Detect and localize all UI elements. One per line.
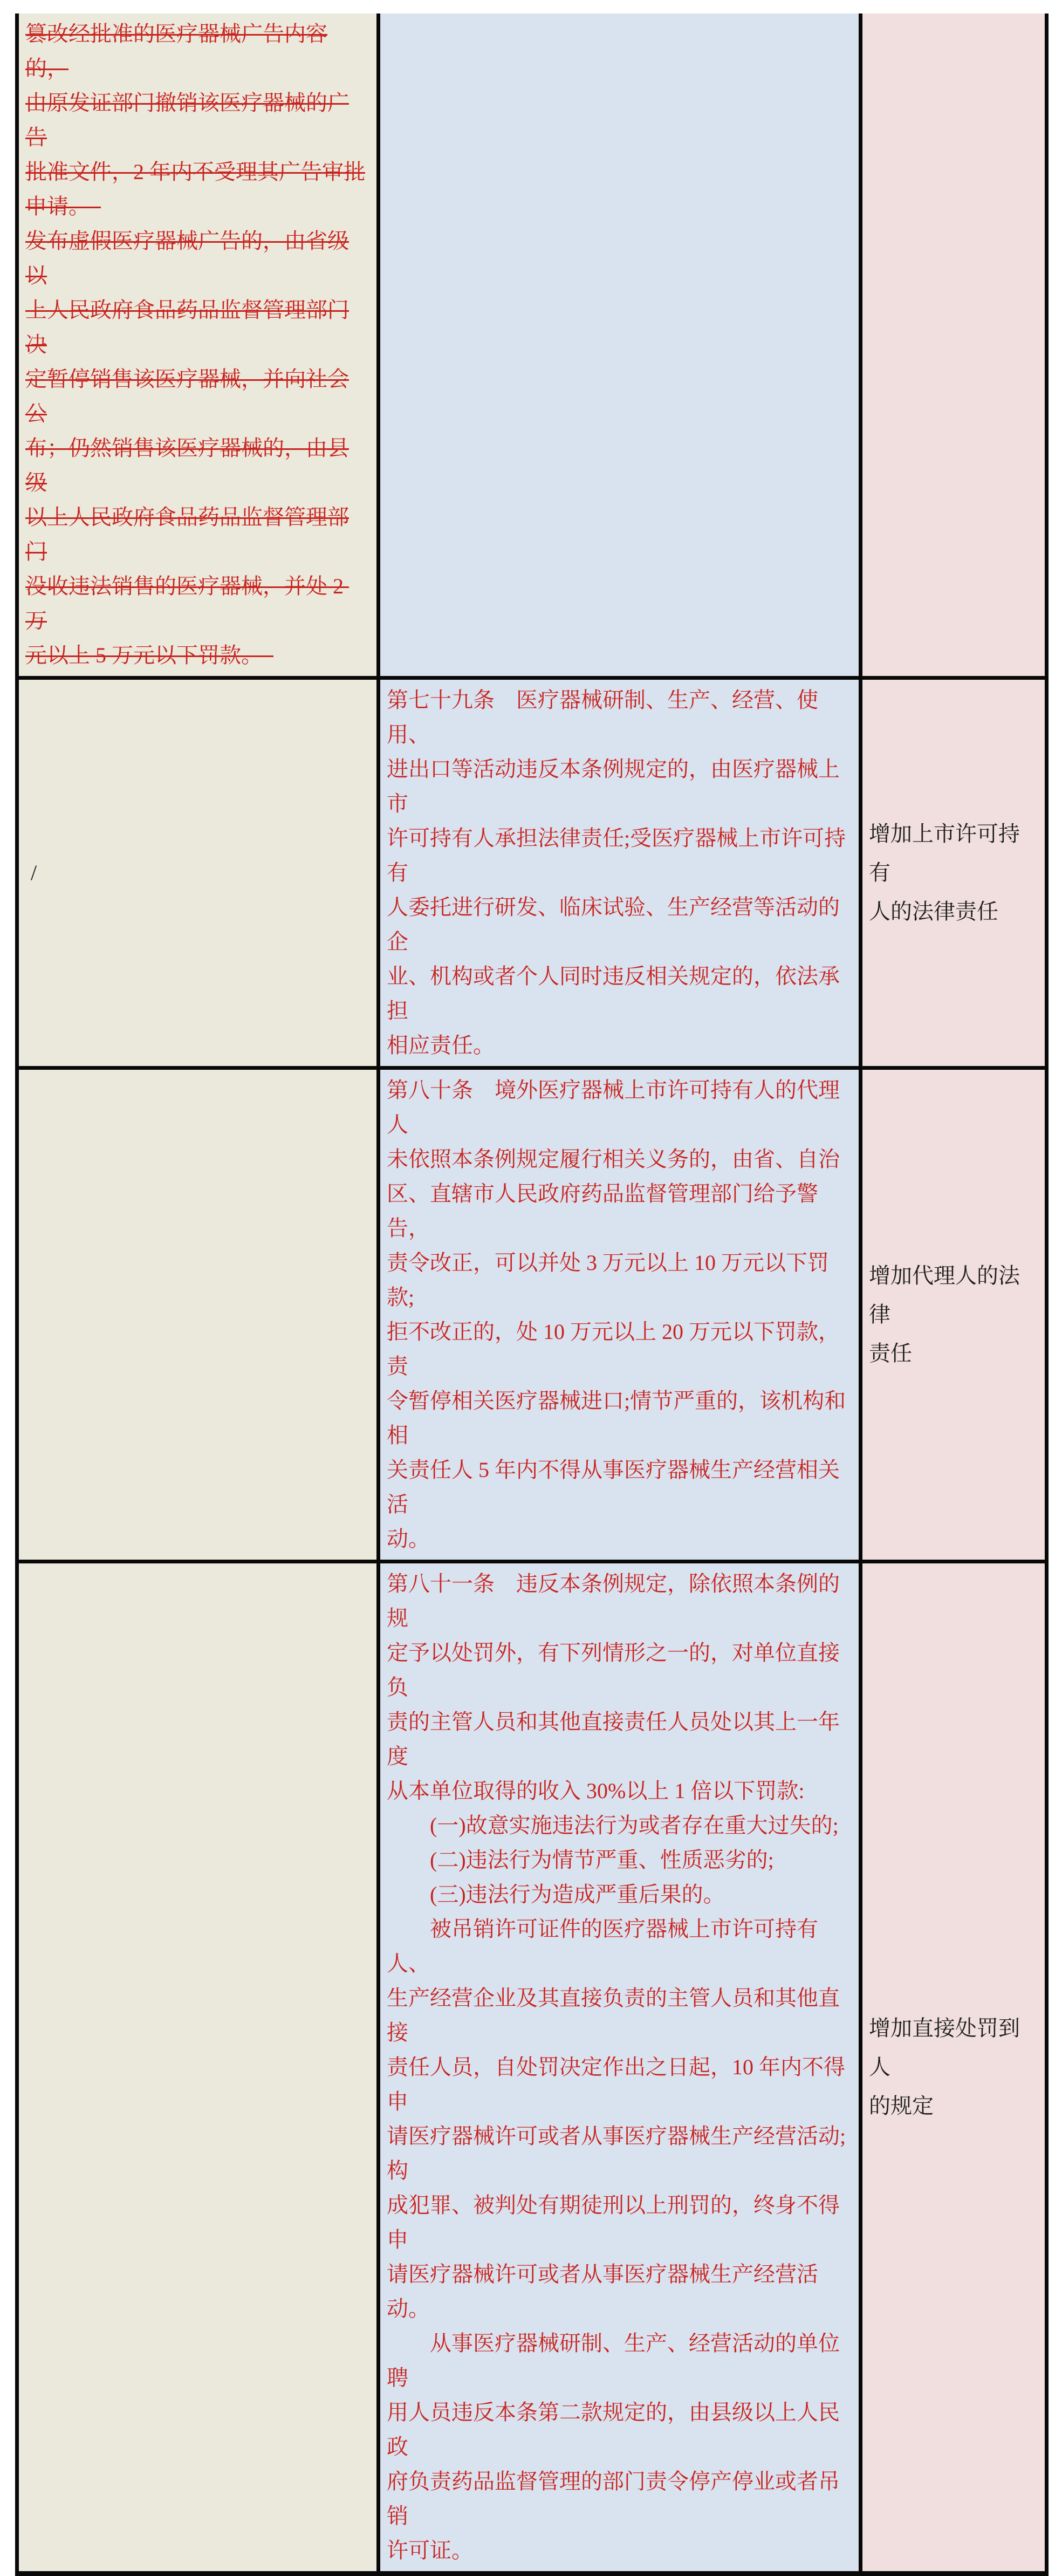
note-text: 增加代理人的法律 责任	[869, 1256, 1038, 1373]
new-regulation-cell-2: 第七十九条 医疗器械研制、生产、经营、使用、 进出口等活动违反本条例规定的，由医…	[379, 678, 861, 1068]
new-regulation-cell-1	[379, 13, 861, 678]
note-text: 增加直接处罚到人 的规定	[869, 2009, 1038, 2126]
note-cell-1	[861, 13, 1047, 678]
old-regulation-cell-3	[17, 1068, 379, 1562]
note-cell-2: 增加上市许可持有 人的法律责任	[861, 678, 1047, 1068]
note-cell-3: 增加代理人的法律 责任	[861, 1068, 1047, 1562]
new-regulation-cell-3: 第八十条 境外医疗器械上市许可持有人的代理人 未依照本条例规定履行相关义务的，由…	[379, 1068, 861, 1562]
document-page: { "document": { "title": "医疗器械监督管理条例修订对照…	[0, 0, 1062, 1507]
old-regulation-cell-2: /	[17, 678, 379, 1068]
table-row: / 第七十九条 医疗器械研制、生产、经营、使用、 进出口等活动违反本条例规定的，…	[17, 678, 1047, 1068]
note-cell-4: 增加直接处罚到人 的规定	[861, 1562, 1047, 2574]
slash-placeholder: /	[25, 856, 370, 890]
table-row: 第八十一条 违反本条例规定，除依照本条例的规 定予以处罚外，有下列情形之一的，对…	[17, 1562, 1047, 2574]
old-regulation-cell-4	[17, 1562, 379, 2574]
deleted-text: 篡改经批准的医疗器械广告内容的， 由原发证部门撤销该医疗器械的广告 批准文件，2…	[25, 17, 370, 673]
regulation-comparison-table: 篡改经批准的医疗器械广告内容的， 由原发证部门撤销该医疗器械的广告 批准文件，2…	[15, 13, 1049, 2576]
new-regulation-cell-4: 第八十一条 违反本条例规定，除依照本条例的规 定予以处罚外，有下列情形之一的，对…	[379, 1562, 861, 2574]
note-text: 增加上市许可持有 人的法律责任	[869, 815, 1038, 931]
new-text-article-79: 第七十九条 医疗器械研制、生产、经营、使用、 进出口等活动违反本条例规定的，由医…	[387, 683, 852, 1063]
table-row: 篡改经批准的医疗器械广告内容的， 由原发证部门撤销该医疗器械的广告 批准文件，2…	[17, 13, 1047, 678]
new-text-article-80: 第八十条 境外医疗器械上市许可持有人的代理人 未依照本条例规定履行相关义务的，由…	[387, 1073, 852, 1556]
old-regulation-cell-1: 篡改经批准的医疗器械广告内容的， 由原发证部门撤销该医疗器械的广告 批准文件，2…	[17, 13, 379, 678]
new-text-article-81: 第八十一条 违反本条例规定，除依照本条例的规 定予以处罚外，有下列情形之一的，对…	[387, 1567, 852, 2568]
table-row: 第八十条 境外医疗器械上市许可持有人的代理人 未依照本条例规定履行相关义务的，由…	[17, 1068, 1047, 1562]
